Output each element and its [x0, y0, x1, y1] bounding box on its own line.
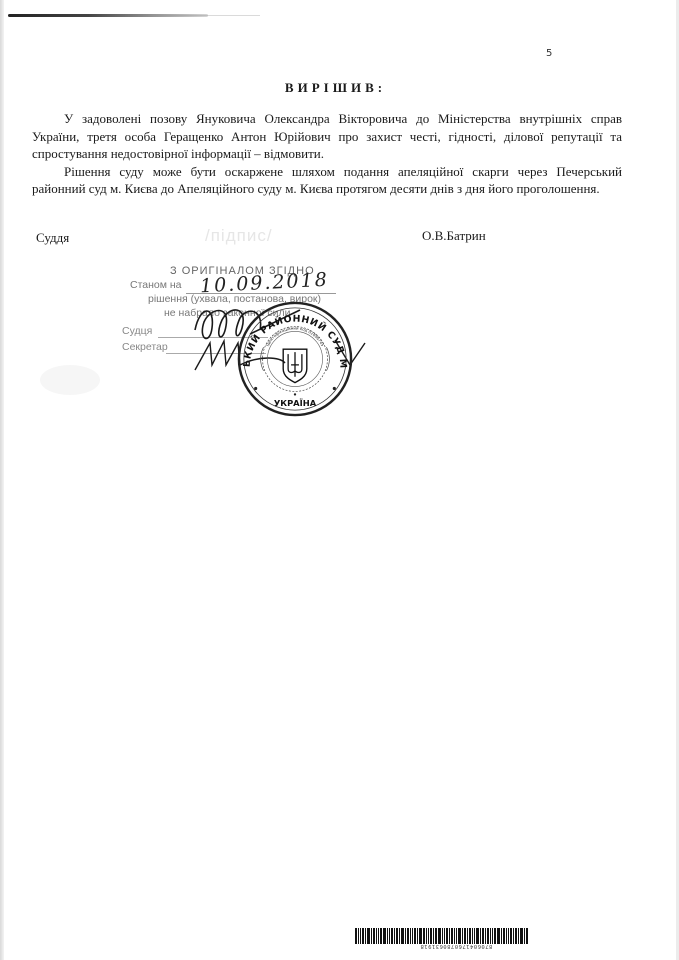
ruling-paragraph: У задоволені позову Януковича Олександра…: [32, 110, 622, 163]
judge-name: О.В.Батрин: [422, 228, 486, 244]
stamp-secretary-label: Секретар: [122, 341, 168, 353]
document-barcode: [355, 928, 570, 944]
barcode-number: 8706041760780631918: [420, 943, 492, 949]
seal-bottom-text: УКРАЇНА: [274, 398, 317, 408]
heading-text: ВИРІШИВ:: [285, 80, 386, 95]
seal-outer-text: ПЕЧЕРСЬКИЙ РАЙОННИЙ СУД М.КИЄВА: [236, 300, 348, 369]
appeal-paragraph: Рішення суду може бути оскаржене шляхом …: [32, 163, 622, 198]
page-number: 5: [546, 48, 552, 59]
page-left-edge: [0, 0, 4, 960]
faint-scan-mark: [40, 365, 100, 395]
svg-text:ПЕЧЕРСЬКИЙ РАЙОННИЙ СУД М.КИЄВ: ПЕЧЕРСЬКИЙ РАЙОННИЙ СУД М.КИЄВА: [236, 300, 348, 369]
signature-placeholder: /підпис/: [205, 226, 273, 246]
decision-heading: ВИРІШИВ:: [0, 80, 679, 96]
court-seal-icon: ПЕЧЕРСЬКИЙ РАЙОННИЙ СУД М.КИЄВА Ідентифі…: [236, 300, 354, 418]
scan-artifact-fade: [150, 15, 260, 16]
stamp-as-of-label: Станом на: [130, 279, 182, 291]
stamp-judge-label: Судця: [122, 325, 152, 337]
judge-role-label: Суддя: [36, 230, 69, 246]
decision-body: У задоволені позову Януковича Олександра…: [32, 110, 622, 198]
